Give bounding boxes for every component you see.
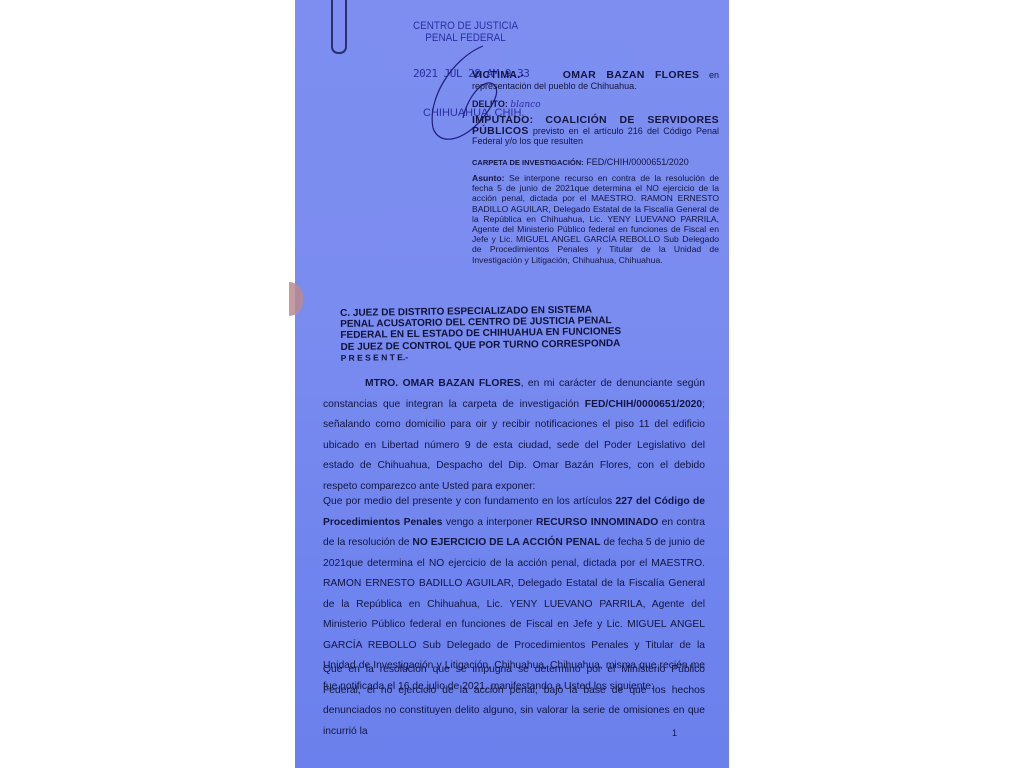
victim-line: VICTIMA.- OMAR BAZAN FLORES en represent…	[472, 70, 719, 91]
page-number: 1	[672, 728, 677, 738]
addressee-block: C. JUEZ DE DISTRITO ESPECIALIZADO EN SIS…	[340, 304, 622, 364]
accused-line: IMPUTADO: COALICIÓN DE SERVIDORES PÚBLIC…	[472, 115, 719, 147]
subject-block: Asunto: Se interpone recurso en contra d…	[472, 173, 719, 265]
stamp-org-line1: CENTRO DE JUSTICIA	[413, 20, 518, 32]
paragraph-intro: MTRO. OMAR BAZAN FLORES, en mi carácter …	[323, 374, 705, 497]
document-page: CENTRO DE JUSTICIA PENAL FEDERAL 2021 JU…	[295, 0, 729, 768]
paperclip-icon	[331, 0, 347, 54]
paragraph-grounds: Que en la resolución que se impugna se d…	[323, 660, 705, 742]
finger	[289, 282, 303, 316]
crime-line: DELITO: blanco	[472, 99, 719, 111]
file-number-line: CARPETA DE INVESTIGACIÓN: FED/CHIH/00006…	[472, 157, 719, 169]
